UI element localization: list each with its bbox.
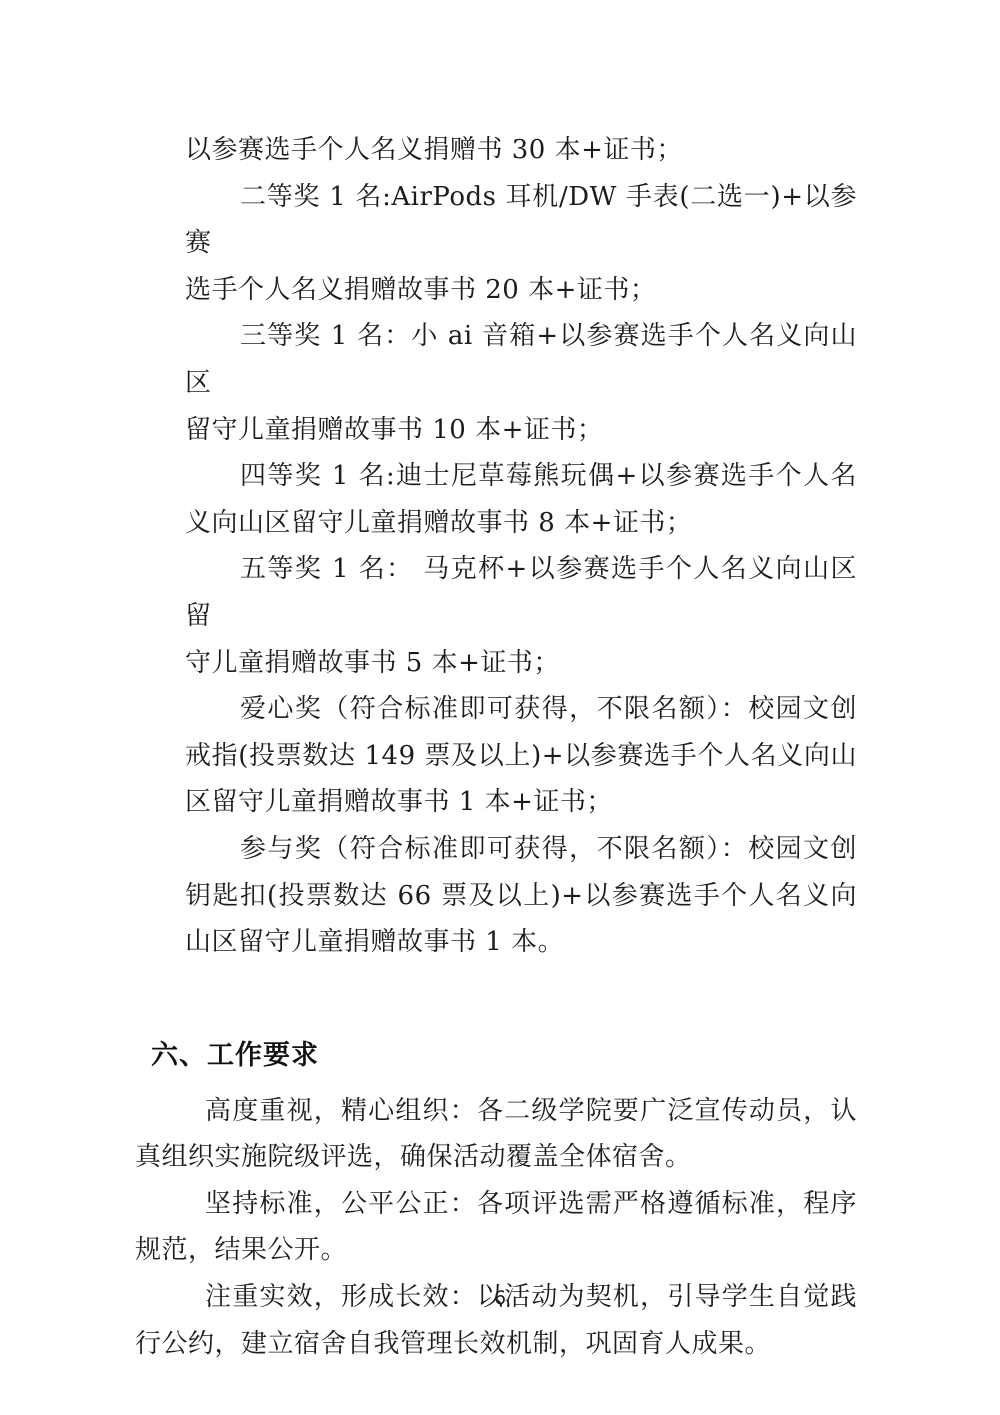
prize-list-line: 选手个人名义捐赠故事书 20 本+证书； bbox=[185, 267, 857, 314]
prize-list-line: 守儿童捐赠故事书 5 本+证书； bbox=[185, 640, 857, 687]
body-text-line: 坚持标准，公平公正：各项评选需严格遵循标准，程序 bbox=[135, 1181, 857, 1228]
body-text-line: 真组织实施院级评选，确保活动覆盖全体宿舍。 bbox=[135, 1134, 857, 1181]
prize-list-line: 留守儿童捐赠故事书 10 本+证书； bbox=[185, 407, 857, 454]
body-text-line: 高度重视，精心组织：各二级学院要广泛宣传动员，认 bbox=[135, 1088, 857, 1135]
prize-list-line: 三等奖 1 名：小 ai 音箱+以参赛选手个人名义向山区 bbox=[185, 313, 857, 406]
prize-list-line: 二等奖 1 名:AirPods 耳机/DW 手表(二选一)+以参赛 bbox=[185, 174, 857, 267]
prize-list-line: 四等奖 1 名:迪士尼草莓熊玩偶+以参赛选手个人名 bbox=[185, 453, 857, 500]
prize-list-line: 山区留守儿童捐赠故事书 1 本。 bbox=[185, 919, 857, 966]
page-number: 6 bbox=[0, 1286, 1000, 1310]
prize-list-block: 以参赛选手个人名义捐赠书 30 本+证书；二等奖 1 名:AirPods 耳机/… bbox=[185, 127, 857, 966]
prize-list-line: 义向山区留守儿童捐赠故事书 8 本+证书； bbox=[185, 500, 857, 547]
document-page: 以参赛选手个人名义捐赠书 30 本+证书；二等奖 1 名:AirPods 耳机/… bbox=[0, 0, 1000, 1415]
prize-list-line: 爱心奖（符合标准即可获得，不限名额）：校园文创 bbox=[185, 686, 857, 733]
prize-list-line: 以参赛选手个人名义捐赠书 30 本+证书； bbox=[185, 127, 857, 174]
prize-list-line: 钥匙扣(投票数达 66 票及以上)+以参赛选手个人名义向 bbox=[185, 873, 857, 920]
body-text-line: 行公约，建立宿舍自我管理长效机制，巩固育人成果。 bbox=[135, 1321, 857, 1368]
prize-list-line: 五等奖 1 名： 马克杯+以参赛选手个人名义向山区留 bbox=[185, 546, 857, 639]
prize-list-line: 区留守儿童捐赠故事书 1 本+证书； bbox=[185, 779, 857, 826]
body-text-line: 规范，结果公开。 bbox=[135, 1227, 857, 1274]
prize-list-line: 戒指(投票数达 149 票及以上)+以参赛选手个人名义向山 bbox=[185, 733, 857, 780]
work-requirements-block: 高度重视，精心组织：各二级学院要广泛宣传动员，认真组织实施院级评选，确保活动覆盖… bbox=[135, 1088, 857, 1368]
prize-list-line: 参与奖（符合标准即可获得，不限名额）：校园文创 bbox=[185, 826, 857, 873]
document-content: 以参赛选手个人名义捐赠书 30 本+证书；二等奖 1 名:AirPods 耳机/… bbox=[135, 127, 857, 1367]
section-heading: 六、工作要求 bbox=[135, 1032, 857, 1079]
